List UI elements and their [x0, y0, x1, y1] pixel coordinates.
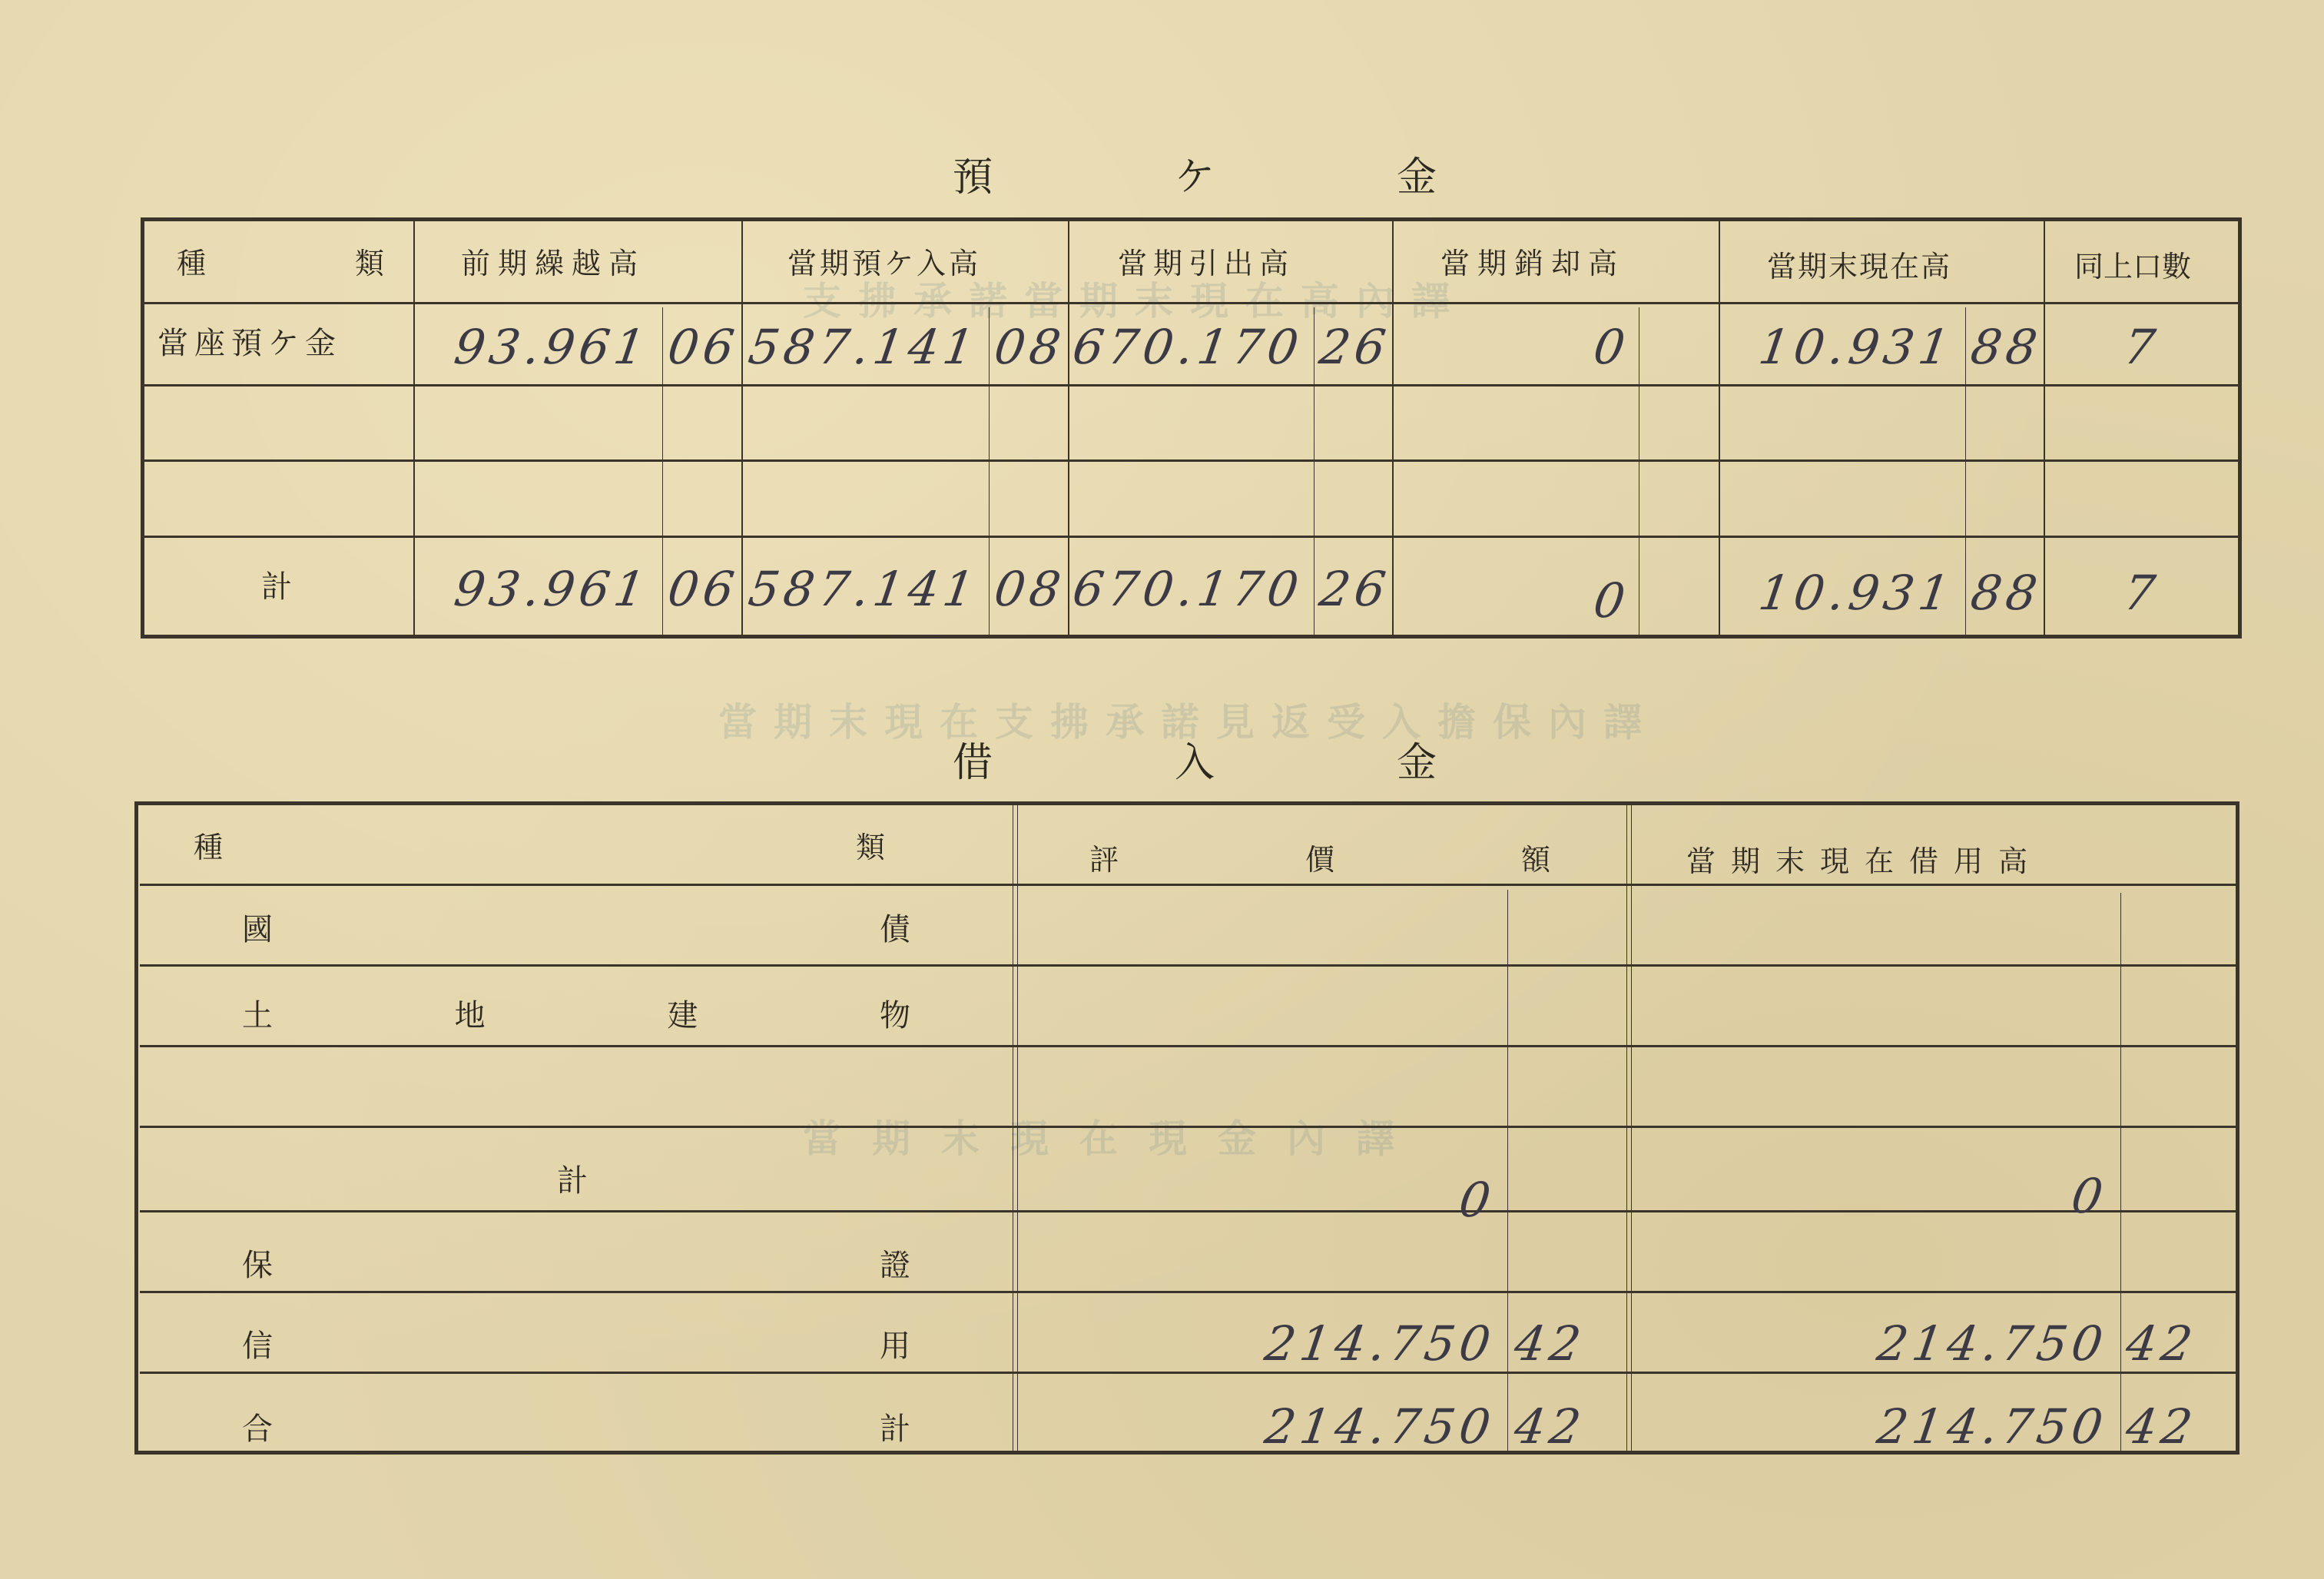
- row-divider: [140, 1045, 2236, 1047]
- row-label-credit: 信 用: [242, 1322, 910, 1365]
- header-accounts: 同上口數: [2074, 243, 2191, 285]
- row-divider: [144, 384, 2238, 386]
- header-type: 種 類: [194, 824, 885, 866]
- header-valuation-char: 價: [1305, 836, 1334, 878]
- header-valuation-char: 額: [1521, 836, 1550, 878]
- row-label-char: 國: [242, 905, 273, 949]
- cell-prev-carryover-yen: 93.961: [451, 319, 653, 375]
- header-type-char: 類: [355, 240, 384, 282]
- row-label-subtotal: 計: [557, 1156, 588, 1200]
- borrowings-title-char: 借: [953, 730, 993, 788]
- row-label-char: 計: [880, 1405, 910, 1448]
- row-divider: [144, 302, 2238, 304]
- header-period-end-balance: 當期末現在高: [1767, 243, 1951, 285]
- header-period-writeoff: 當期銷却高: [1440, 240, 1625, 282]
- row-label-char: 建: [667, 991, 698, 1035]
- row-label-char: 合: [242, 1405, 273, 1448]
- credit-borrowed-sen: 42: [2123, 1315, 2200, 1372]
- grand-total-borrowed-yen: 214.750: [1873, 1398, 2110, 1455]
- total-period-withdrawals-yen: 670.170: [1069, 561, 1306, 617]
- total-period-end-balance-yen: 10.931: [1755, 565, 1958, 621]
- row-divider: [144, 536, 2238, 538]
- deposits-title-char: 預: [953, 144, 993, 202]
- row-label-char: 信: [242, 1322, 273, 1365]
- row-label-land-buildings: 土 地 建 物: [242, 991, 910, 1035]
- row-label-char: 用: [880, 1322, 910, 1365]
- col-divider: [1392, 221, 1394, 636]
- subtotal-valuation-yen: 0: [1455, 1172, 1498, 1228]
- col-divider: [741, 221, 743, 636]
- sen-divider: [2120, 893, 2121, 1451]
- row-divider: [144, 459, 2238, 462]
- header-type-char: 種: [177, 240, 206, 282]
- header-valuation-char: 評: [1089, 836, 1119, 878]
- cell-period-deposits-sen: 08: [991, 319, 1069, 375]
- borrowings-title-char: 金: [1397, 730, 1437, 788]
- cell-period-end-balance-sen: 88: [1968, 319, 2045, 375]
- col-divider: [1013, 805, 1013, 1451]
- row-label-grand-total: 合 計: [242, 1405, 910, 1448]
- row-divider: [140, 1210, 2236, 1212]
- cell-period-end-balance-yen: 10.931: [1755, 319, 1958, 375]
- credit-valuation-sen: 42: [1511, 1315, 1589, 1372]
- col-divider: [1719, 221, 1720, 636]
- grand-total-borrowed-sen: 42: [2123, 1398, 2200, 1455]
- row-label-government-bonds: 國 債: [242, 905, 910, 949]
- header-type-char: 種: [194, 824, 223, 866]
- col-divider: [1626, 805, 1627, 1451]
- total-period-deposits-sen: 08: [991, 561, 1069, 617]
- row-label-char: 地: [455, 991, 486, 1035]
- sen-divider: [662, 307, 663, 636]
- borrowings-title: 借 入 金: [953, 730, 1437, 788]
- row-label-current-deposit: 當座預ケ金: [157, 319, 342, 363]
- row-divider: [140, 964, 2236, 967]
- borrowings-title-char: 入: [1175, 730, 1215, 788]
- sen-divider: [1965, 307, 1966, 636]
- col-divider: [1068, 221, 1069, 636]
- row-label-char: 證: [880, 1241, 910, 1285]
- deposits-title-char: ケ: [1175, 144, 1215, 202]
- total-prev-carryover-yen: 93.961: [451, 561, 653, 617]
- total-period-withdrawals-sen: 26: [1316, 561, 1394, 617]
- col-divider: [1631, 805, 1632, 1451]
- deposits-title-char: 金: [1397, 144, 1437, 202]
- header-type: 種 類: [177, 240, 384, 282]
- sen-divider: [1314, 307, 1315, 636]
- header-period-end-borrowed: 當期末現在借用高: [1686, 838, 2043, 880]
- total-label: 計: [261, 562, 292, 606]
- cell-period-withdrawals-sen: 26: [1316, 319, 1394, 375]
- row-label-char: 保: [242, 1241, 273, 1285]
- row-divider: [140, 884, 2236, 886]
- header-valuation: 評 價 額: [1089, 836, 1550, 878]
- total-period-writeoff-yen: 0: [1590, 572, 1633, 629]
- total-prev-carryover-sen: 06: [665, 561, 742, 617]
- credit-valuation-yen: 214.750: [1261, 1315, 1498, 1372]
- cell-period-withdrawals-yen: 670.170: [1069, 319, 1306, 375]
- row-label-char: 債: [880, 905, 910, 949]
- credit-borrowed-yen: 214.750: [1873, 1315, 2110, 1372]
- total-period-deposits-yen: 587.141: [744, 561, 982, 617]
- sen-divider: [989, 307, 990, 636]
- col-divider: [413, 221, 415, 636]
- row-divider: [140, 1372, 2236, 1374]
- row-label-guarantee: 保 證: [242, 1241, 910, 1285]
- cell-period-writeoff-yen: 0: [1590, 319, 1633, 375]
- cell-period-deposits-yen: 587.141: [744, 319, 982, 375]
- row-label-char: 物: [880, 991, 910, 1035]
- grand-total-valuation-sen: 42: [1511, 1398, 1589, 1455]
- total-period-end-balance-sen: 88: [1968, 565, 2045, 621]
- row-divider: [140, 1291, 2236, 1293]
- row-divider: [140, 1126, 2236, 1128]
- header-type-char: 類: [856, 824, 885, 866]
- grand-total-valuation-yen: 214.750: [1261, 1398, 1498, 1455]
- col-divider: [1017, 805, 1018, 1451]
- row-label-char: 土: [242, 991, 273, 1035]
- sen-divider: [1639, 307, 1639, 636]
- sen-divider: [1507, 890, 1508, 1451]
- header-period-deposits: 當期預ケ入高: [787, 240, 981, 282]
- deposits-title: 預 ケ 金: [953, 144, 1437, 202]
- header-period-withdrawals: 當期引出高: [1118, 240, 1295, 282]
- cell-prev-carryover-sen: 06: [665, 319, 742, 375]
- subtotal-borrowed-yen: 0: [2067, 1168, 2110, 1224]
- header-prev-carryover: 前期繰越高: [461, 240, 645, 282]
